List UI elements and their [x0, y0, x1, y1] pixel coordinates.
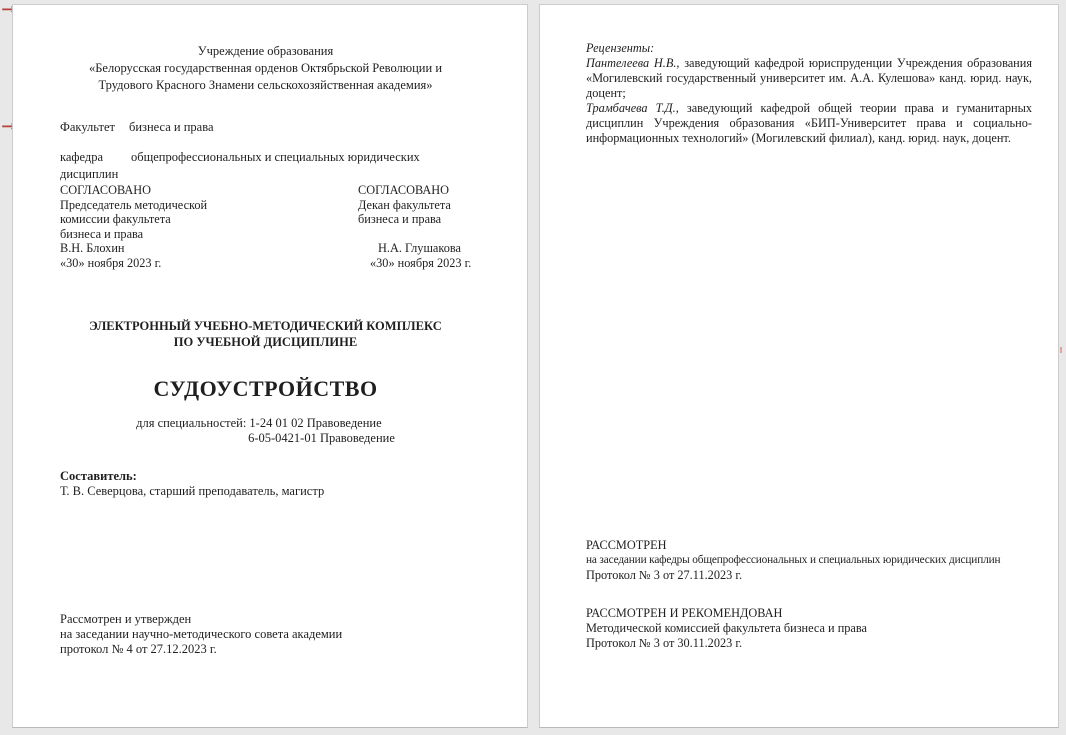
specialties-block: для специальностей: 1-24 01 02 Правоведе…	[60, 416, 471, 445]
reviewed-title: РАССМОТРЕН	[586, 538, 1032, 553]
agreed-line: комиссии факультета	[60, 212, 207, 227]
document-viewer: → → Учреждение образования «Белорусская …	[0, 0, 1066, 735]
recommended-protocol: Протокол № 3 от 30.11.2023 г.	[586, 636, 1032, 651]
institution-header: Учреждение образования «Белорусская госу…	[60, 43, 471, 94]
compiler-label: Составитель:	[60, 469, 471, 484]
reviewed-block: РАССМОТРЕН на заседании кафедры общепроф…	[586, 538, 1032, 583]
agreed-line: бизнеса и права	[60, 227, 207, 242]
approval-line: Рассмотрен и утвержден	[60, 612, 471, 627]
reviewer-entry: Пантелеева Н.В., заведующий кафедрой юри…	[586, 56, 1032, 101]
emc-title-line: ЭЛЕКТРОННЫЙ УЧЕБНО-МЕТОДИЧЕСКИЙ КОМПЛЕКС	[60, 319, 471, 335]
reviewers-label: Рецензенты:	[586, 41, 1032, 56]
agreed-date: «30» ноября 2023 г.	[358, 256, 471, 271]
reviewer-name: Трамбачева Т.Д.	[586, 101, 676, 115]
specialty-line: для специальностей: 1-24 01 02 Правоведе…	[136, 416, 395, 431]
agreed-block-dean: СОГЛАСОВАНО Декан факультета бизнеса и п…	[358, 183, 471, 271]
agreed-date: «30» ноября 2023 г.	[60, 256, 207, 271]
discipline-title: СУДОУСТРОЙСТВО	[60, 376, 471, 402]
specialty-line: 6-05-0421-01 Правоведение	[136, 431, 395, 446]
compiler-block: Составитель: Т. В. Северцова, старший пр…	[60, 469, 471, 499]
recommended-title: РАССМОТРЕН И РЕКОМЕНДОВАН	[586, 606, 1032, 621]
agreed-line: бизнеса и права	[358, 212, 471, 227]
agreed-signer-name: Н.А. Глушакова	[358, 241, 471, 256]
compiler-value: Т. В. Северцова, старший преподаватель, …	[60, 484, 471, 499]
reviewer-entry: Трамбачева Т.Д., заведующий кафедрой общ…	[586, 101, 1032, 146]
approval-line: на заседании научно-методического совета…	[60, 627, 471, 642]
reviewer-name: Пантелеева Н.В.	[586, 56, 676, 70]
agreed-block-chairman: СОГЛАСОВАНО Председатель методической ко…	[60, 183, 207, 271]
reviewers-block: Рецензенты: Пантелеева Н.В., заведующий …	[586, 41, 1032, 146]
department-row: кафедраобщепрофессиональных и специальны…	[60, 149, 471, 183]
agreed-title: СОГЛАСОВАНО	[60, 183, 207, 198]
emc-title: ЭЛЕКТРОННЫЙ УЧЕБНО-МЕТОДИЧЕСКИЙ КОМПЛЕКС…	[60, 319, 471, 350]
institution-line: Учреждение образования	[60, 43, 471, 60]
agreed-line: Председатель методической	[60, 198, 207, 213]
page-right[interactable]: Рецензенты: Пантелеева Н.В., заведующий …	[539, 4, 1059, 728]
approval-protocol: протокол № 4 от 27.12.2023 г.	[60, 642, 471, 657]
department-label: кафедра	[60, 149, 131, 166]
reviewed-line: на заседании кафедры общепрофессиональны…	[586, 553, 1032, 568]
faculty-value: бизнеса и права	[129, 120, 214, 134]
faculty-label: Факультет	[60, 119, 129, 136]
academy-approval-note: Рассмотрен и утвержден на заседании науч…	[60, 612, 471, 656]
faculty-row: Факультетбизнеса и права	[60, 119, 471, 136]
agreed-signer-name: В.Н. Блохин	[60, 241, 207, 256]
agreed-line	[358, 227, 471, 242]
recommended-block: РАССМОТРЕН И РЕКОМЕНДОВАН Методической к…	[586, 606, 1032, 651]
emc-title-line: ПО УЧЕБНОЙ ДИСЦИПЛИНЕ	[60, 335, 471, 351]
margin-tick-marker	[1060, 347, 1062, 353]
agreed-line: Декан факультета	[358, 198, 471, 213]
institution-line: Трудового Красного Знамени сельскохозяйс…	[60, 77, 471, 94]
recommended-line: Методической комиссией факультета бизнес…	[586, 621, 1032, 636]
agreed-title: СОГЛАСОВАНО	[358, 183, 471, 198]
institution-line: «Белорусская государственная орденов Окт…	[60, 60, 471, 77]
reviewed-protocol: Протокол № 3 от 27.11.2023 г.	[586, 568, 1032, 583]
page-left[interactable]: Учреждение образования «Белорусская госу…	[12, 4, 528, 728]
